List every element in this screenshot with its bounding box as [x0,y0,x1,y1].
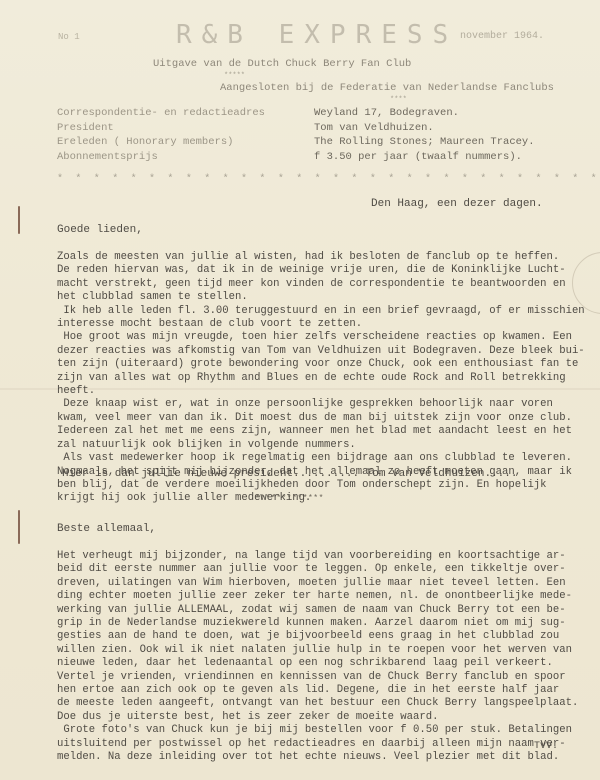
info-value-subscription: f 3.50 per jaar (twaalf nummers). [314,151,574,165]
star-divider: * * * * * * * * * * * * * * * * * * * * … [57,174,600,185]
info-label-address: Correspondentie- en redactieadres [57,107,314,121]
punch-hole-mark [18,510,20,544]
letter-dateline: Den Haag, een dezer dagen. [371,198,543,210]
letter1-salutation: Goede lieden, [57,224,143,236]
new-president-line: Hier is dan jullie nieuwe president.....… [62,468,517,480]
info-label-president: President [57,122,314,136]
letter2-salutation: Beste allemaal, [57,523,156,535]
info-label-honorary: Ereleden ( Honorary members) [57,136,314,150]
section-separator: ************* [255,494,324,503]
club-info-table: Correspondentie- en redactieadres Weylan… [57,107,574,164]
affiliation-line: Aangesloten bij de Federatie van Nederla… [220,82,554,94]
issue-number: No 1 [58,32,80,42]
newsletter-page: No 1 R&B EXPRESS november 1964. Uitgave … [0,0,600,780]
letter2-body: Het verheugt mij bijzonder, na lange tij… [57,550,557,765]
info-value-address: Weyland 17, Bodegraven. [314,107,574,121]
info-label-subscription: Abonnementsprijs [57,151,314,165]
ornament-stars: **** [390,96,407,104]
punch-hole-mark [18,206,20,234]
issue-date: november 1964. [460,31,544,42]
newsletter-title: R&B EXPRESS [176,20,458,50]
info-value-president: Tom van Veldhuizen. [314,122,574,136]
author-initials: TvV. [534,741,558,752]
ornament-stars: ***** [224,72,245,80]
info-value-honorary: The Rolling Stones; Maureen Tracey. [314,136,574,150]
publisher-line: Uitgave van de Dutch Chuck Berry Fan Clu… [153,58,411,70]
